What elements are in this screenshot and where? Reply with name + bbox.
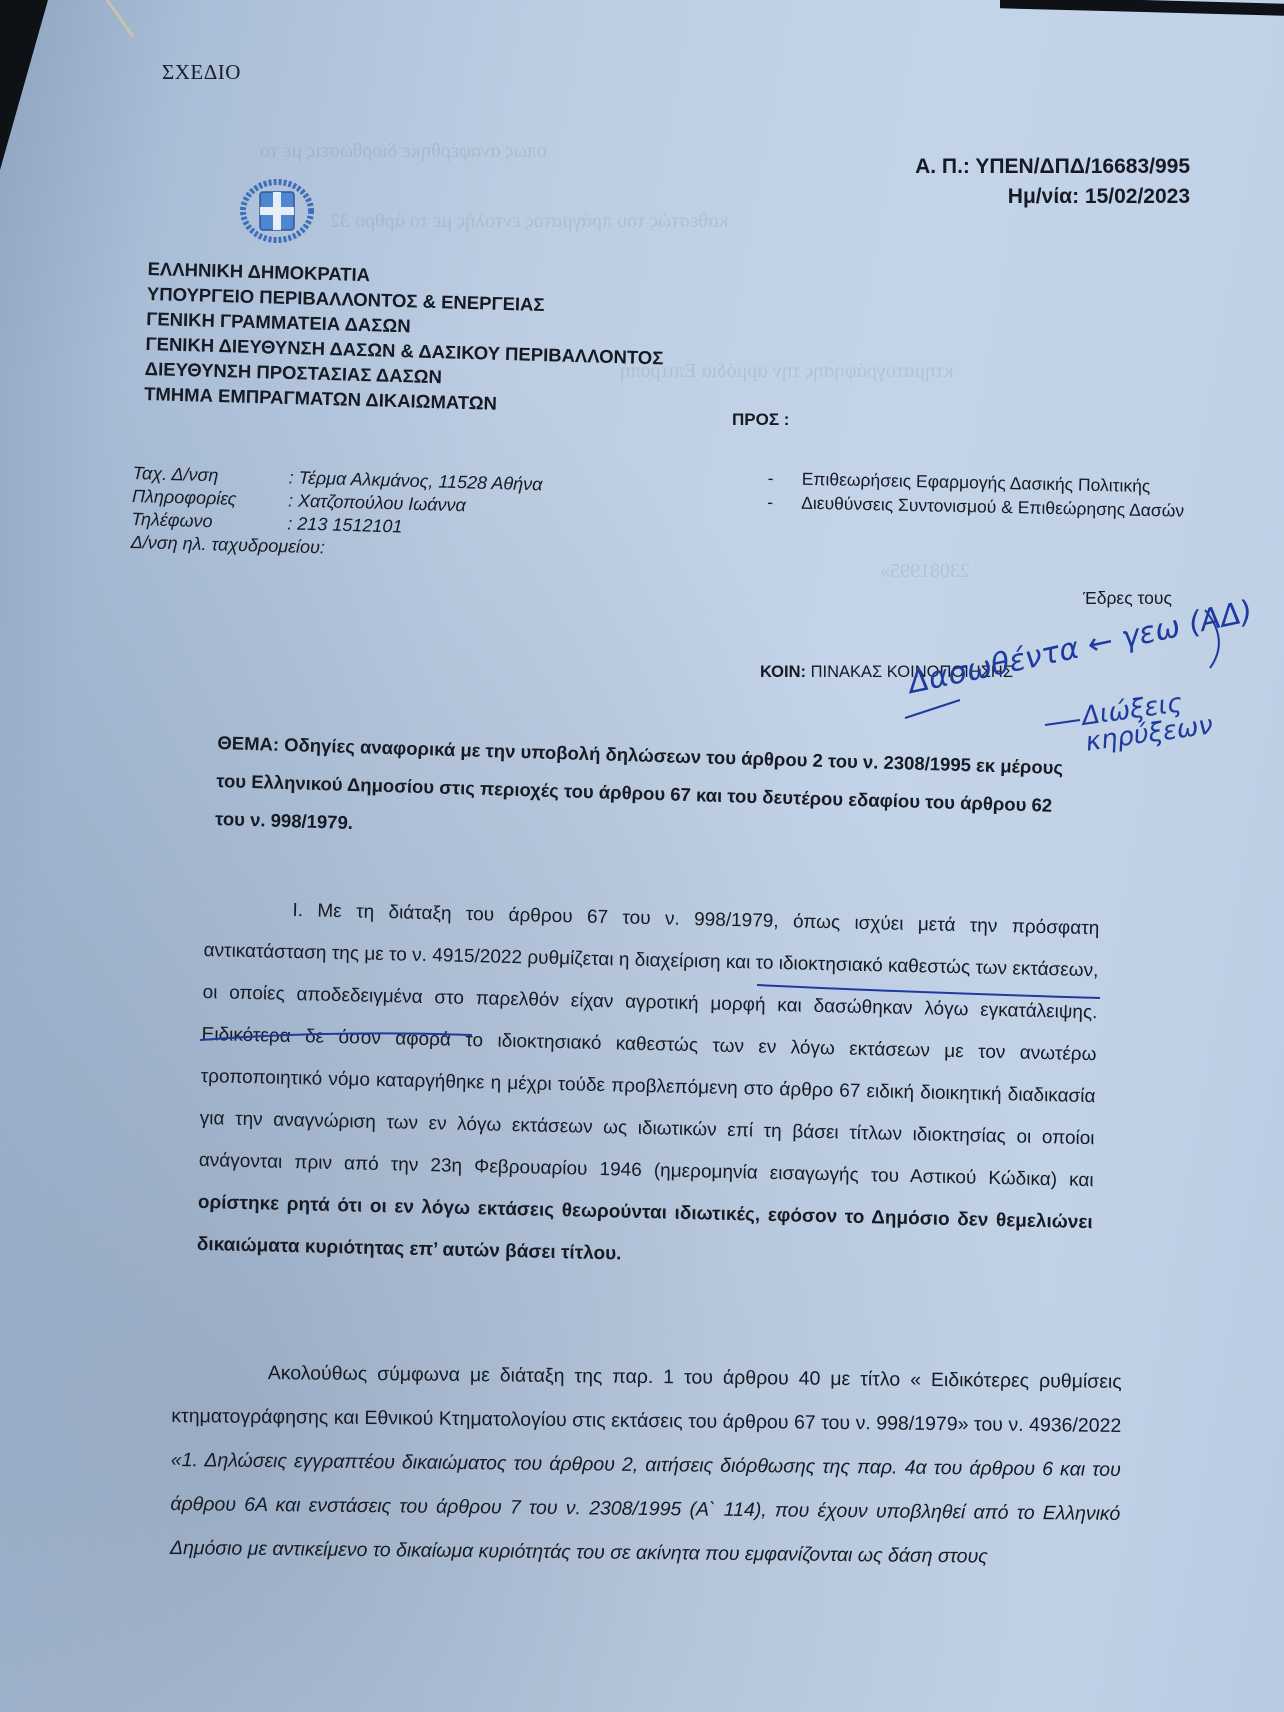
paragraph-1: I. Με τη διάταξη του άρθρου 67 του ν. 99… bbox=[196, 888, 1099, 1286]
to-label: ΠΡΟΣ : bbox=[732, 410, 789, 430]
reference-block: Α. Π.: ΥΠΕΝ/ΔΠΔ/16683/995 Ημ/νία: 15/02/… bbox=[915, 152, 1190, 212]
paragraph-2: Ακολούθως σύμφωνα με διάταξη της παρ. 1 … bbox=[170, 1350, 1122, 1580]
issuing-organization: ΕΛΛΗΝΙΚΗ ΔΗΜΟΚΡΑΤΙΑ ΥΠΟΥΡΓΕΙΟ ΠΕΡΙΒΑΛΛΟΝ… bbox=[144, 256, 666, 420]
protocol-number: Α. Π.: ΥΠΕΝ/ΔΠΔ/16683/995 bbox=[915, 152, 1190, 182]
bleed-through-text: οπως αναφέρθηκε διορθώσεις με το bbox=[260, 140, 547, 163]
recipient-seats: Έδρες τους bbox=[1083, 588, 1172, 609]
contact-details: Ταχ. Δ/νση: Τέρμα Αλκμάνος, 11528 Αθήνα … bbox=[130, 462, 542, 565]
document-date: Ημ/νία: 15/02/2023 bbox=[915, 182, 1190, 212]
recipient-list: -Επιθεωρήσεις Εφαρμογής Δασικής Πολιτική… bbox=[767, 466, 1192, 523]
draft-label: ΣΧΕΔΙΟ bbox=[162, 60, 241, 85]
greek-coat-of-arms-icon bbox=[238, 178, 316, 244]
